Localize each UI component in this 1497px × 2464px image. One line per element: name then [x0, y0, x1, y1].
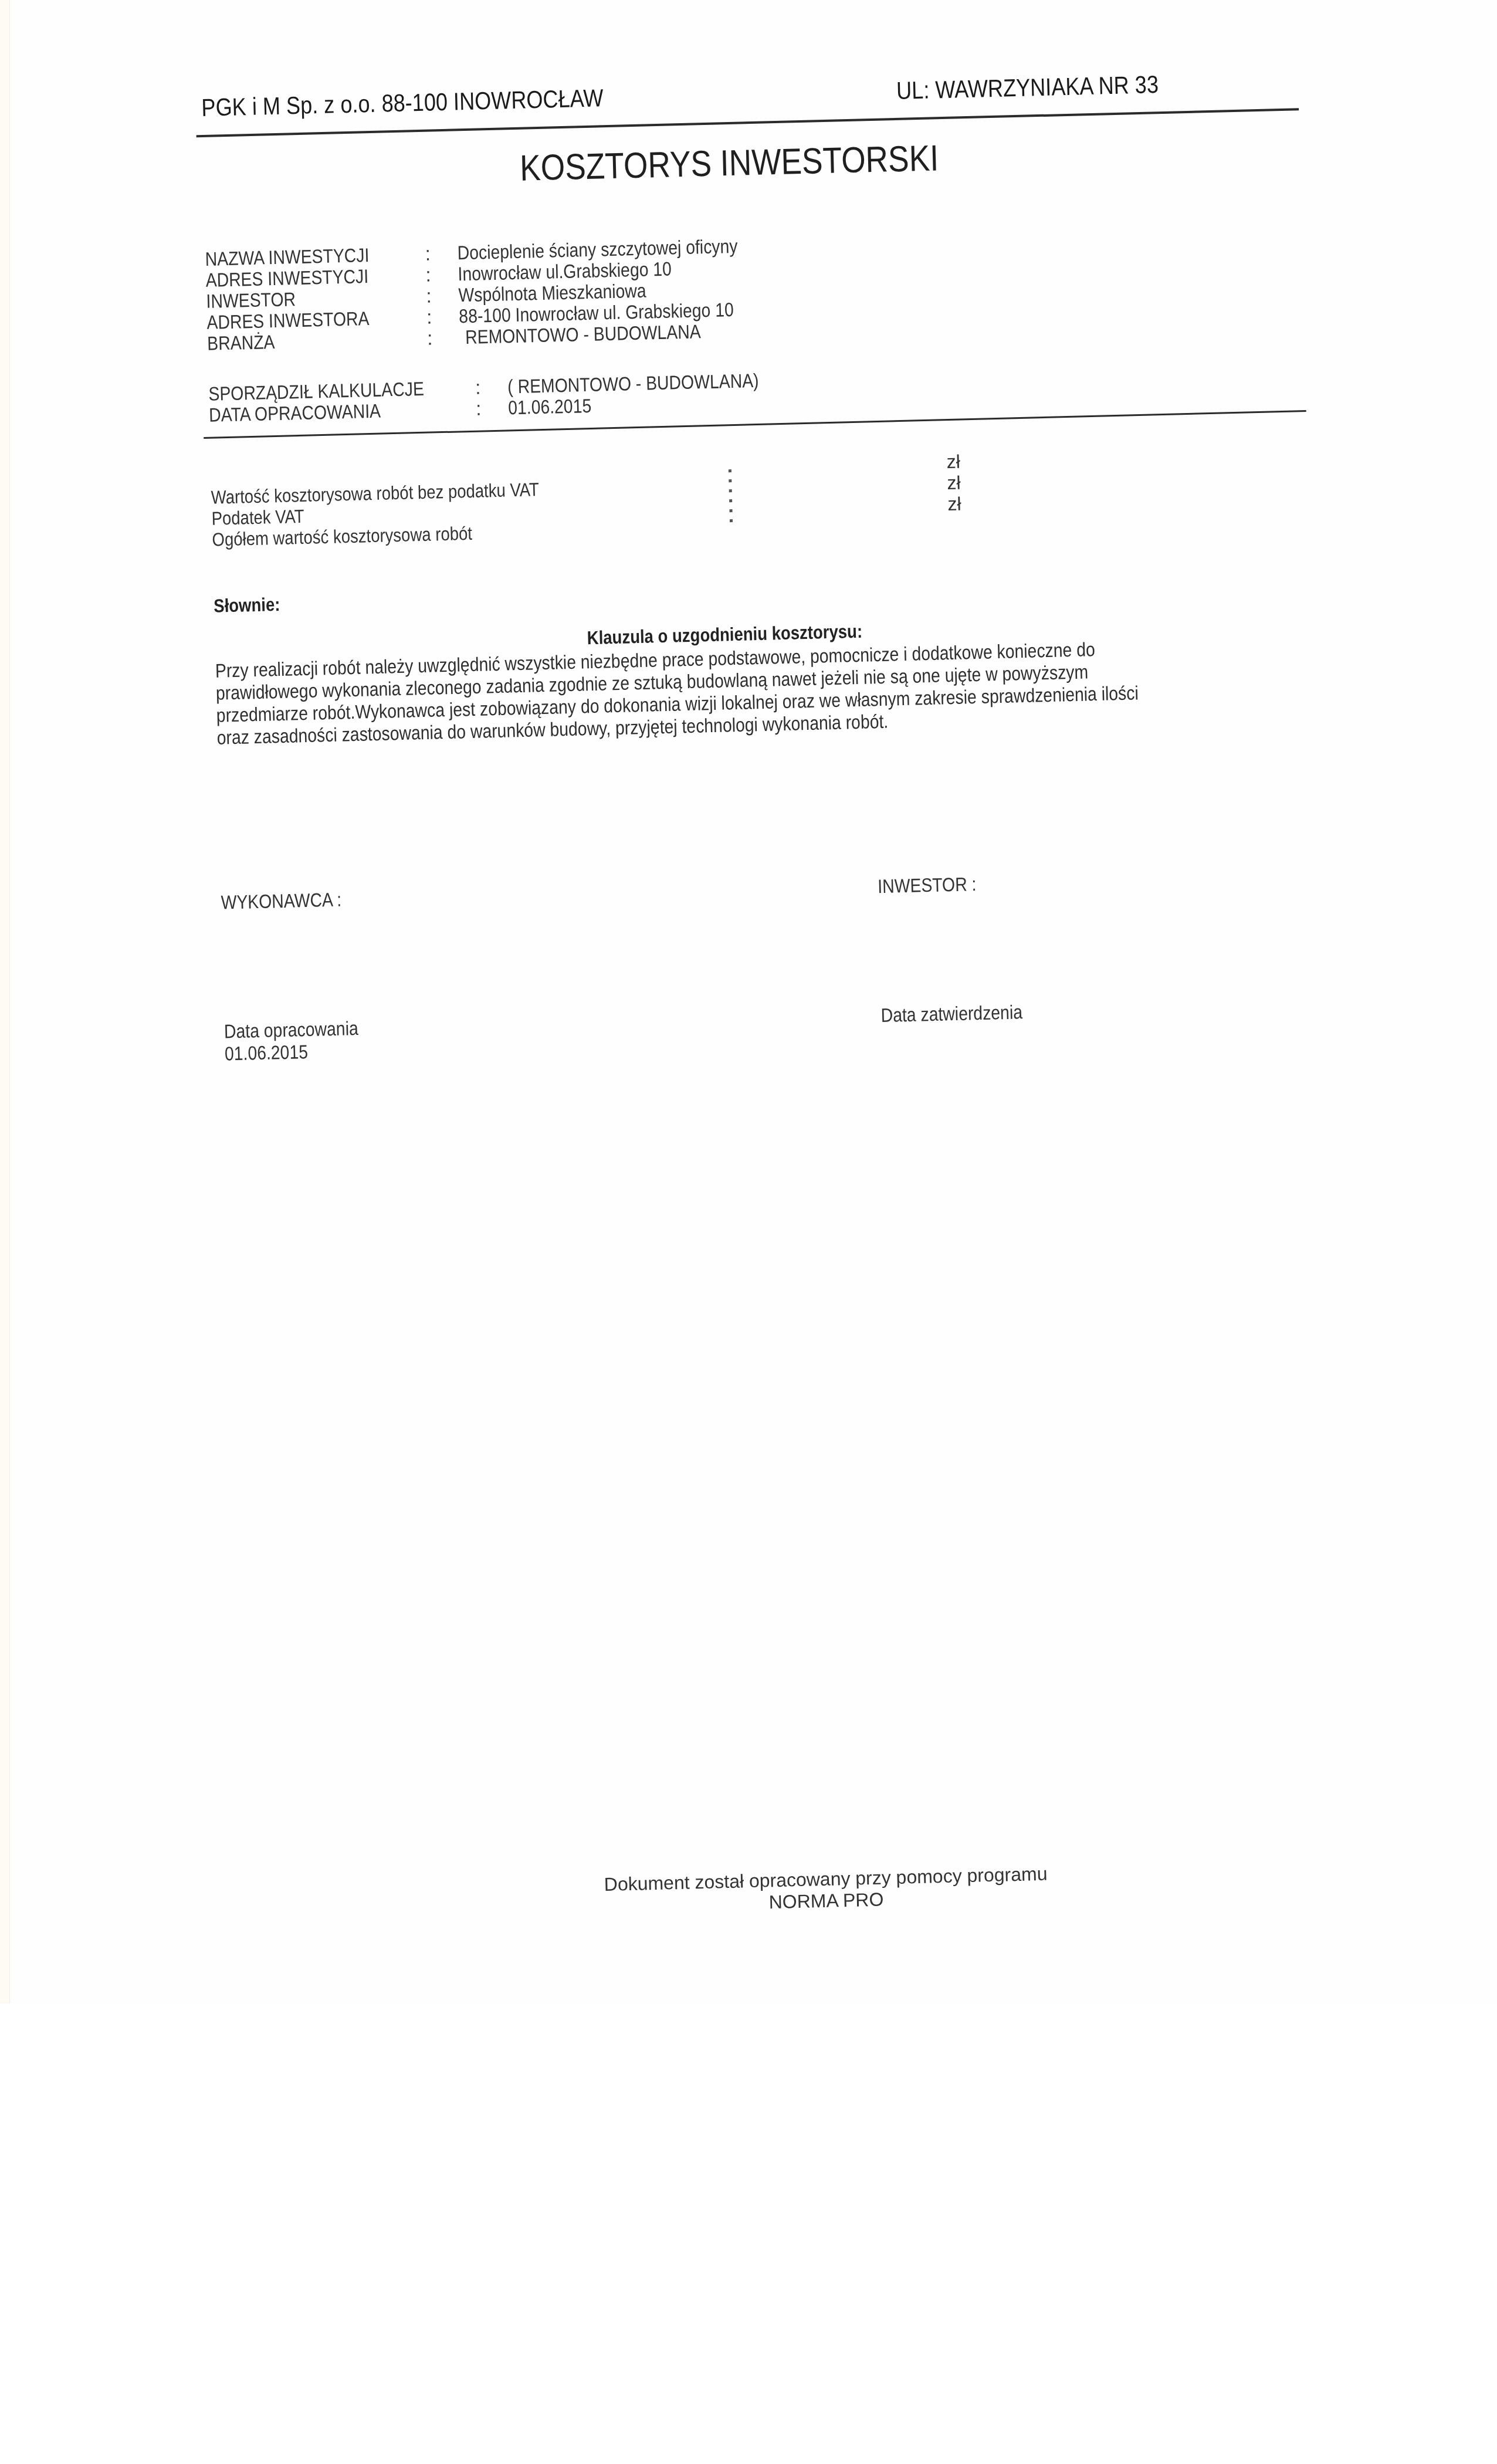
company-name-text: PGK i M Sp. z o.o. 88-100 INOWROCŁAW [201, 84, 604, 122]
document: PGK i M Sp. z o.o. 88-100 INOWROCŁAW UL:… [199, 0, 1361, 1959]
in-words-label: Słownie: [214, 593, 291, 617]
approval-date-label-text: Data zatwierdzenia [880, 1001, 1022, 1027]
currency-net: zł [946, 451, 960, 473]
company-name: PGK i M Sp. z o.o. 88-100 INOWROCŁAW [201, 82, 669, 121]
prepared-date: 01.06.2015 [224, 1040, 321, 1065]
company-address: UL: WAWRZYNIAKA NR 33 [896, 69, 1202, 105]
prepared-date-label: Data opracowania [224, 1017, 381, 1043]
detail-label: ADRES INWESTYCJI [205, 266, 368, 290]
detail-value: REMONTOWO - BUDOWLANA [465, 321, 701, 347]
clause-text: Przy realizacji robót należy uwzględnić … [215, 634, 1290, 749]
summary-row-net: Wartość kosztorysowa robót bez podatku V… [211, 478, 592, 509]
approval-date-label: Data zatwierdzenia [880, 1000, 1046, 1027]
page-title: KOSZTORYS INWESTORSKI [519, 136, 1007, 189]
prepared-info: SPORZĄDZIŁ KALKULACJE : ( REMONTOWO - BU… [208, 357, 1323, 431]
page-title-text: KOSZTORYS INWESTORSKI [519, 137, 939, 189]
investor-label-text: INWESTOR : [878, 873, 977, 898]
company-address-text: UL: WAWRZYNIAKA NR 33 [896, 70, 1159, 105]
prepared-date-label-text: Data opracowania [224, 1017, 359, 1043]
detail-separator: : [425, 243, 431, 263]
detail-separator: : [427, 328, 433, 348]
footer-note: Dokument został opracowany przy pomocy p… [585, 1863, 1067, 1918]
currency-total: zł [947, 493, 961, 516]
detail-separator: : [425, 265, 431, 285]
prepared-separator: : [476, 398, 482, 418]
summary-row-vat: Podatek VAT [211, 505, 320, 529]
prepared-separator: : [475, 377, 481, 397]
detail-label: ADRES INWESTORA [206, 309, 370, 333]
prepared-value: 01.06.2015 [508, 396, 592, 418]
contractor-label: WYKONAWCA : [221, 888, 361, 914]
currency-vat: zł [947, 472, 961, 495]
prepared-label: DATA OPRACOWANIA [209, 401, 381, 425]
detail-separator: : [426, 307, 432, 327]
investment-details: NAZWA INWESTYCJI : Docieplenie ściany sz… [205, 222, 1322, 366]
in-words-label-text: Słownie: [214, 594, 280, 617]
summary-separators [729, 469, 733, 529]
investor-label: INWESTOR : [878, 872, 993, 898]
detail-separator: : [426, 286, 432, 306]
summary-label: Podatek VAT [211, 506, 304, 530]
contractor-label-text: WYKONAWCA : [221, 889, 341, 914]
prepared-date-text: 01.06.2015 [224, 1041, 308, 1065]
summary-label: Wartość kosztorysowa robót bez podatku V… [211, 479, 539, 509]
scanned-page: PGK i M Sp. z o.o. 88-100 INOWROCŁAW UL:… [0, 0, 1497, 2003]
detail-label: INWESTOR [206, 289, 296, 312]
detail-label: BRANŻA [207, 332, 275, 354]
cost-summary: Wartość kosztorysowa robót bez podatku V… [211, 459, 1326, 557]
paper-edge [0, 0, 10, 2003]
